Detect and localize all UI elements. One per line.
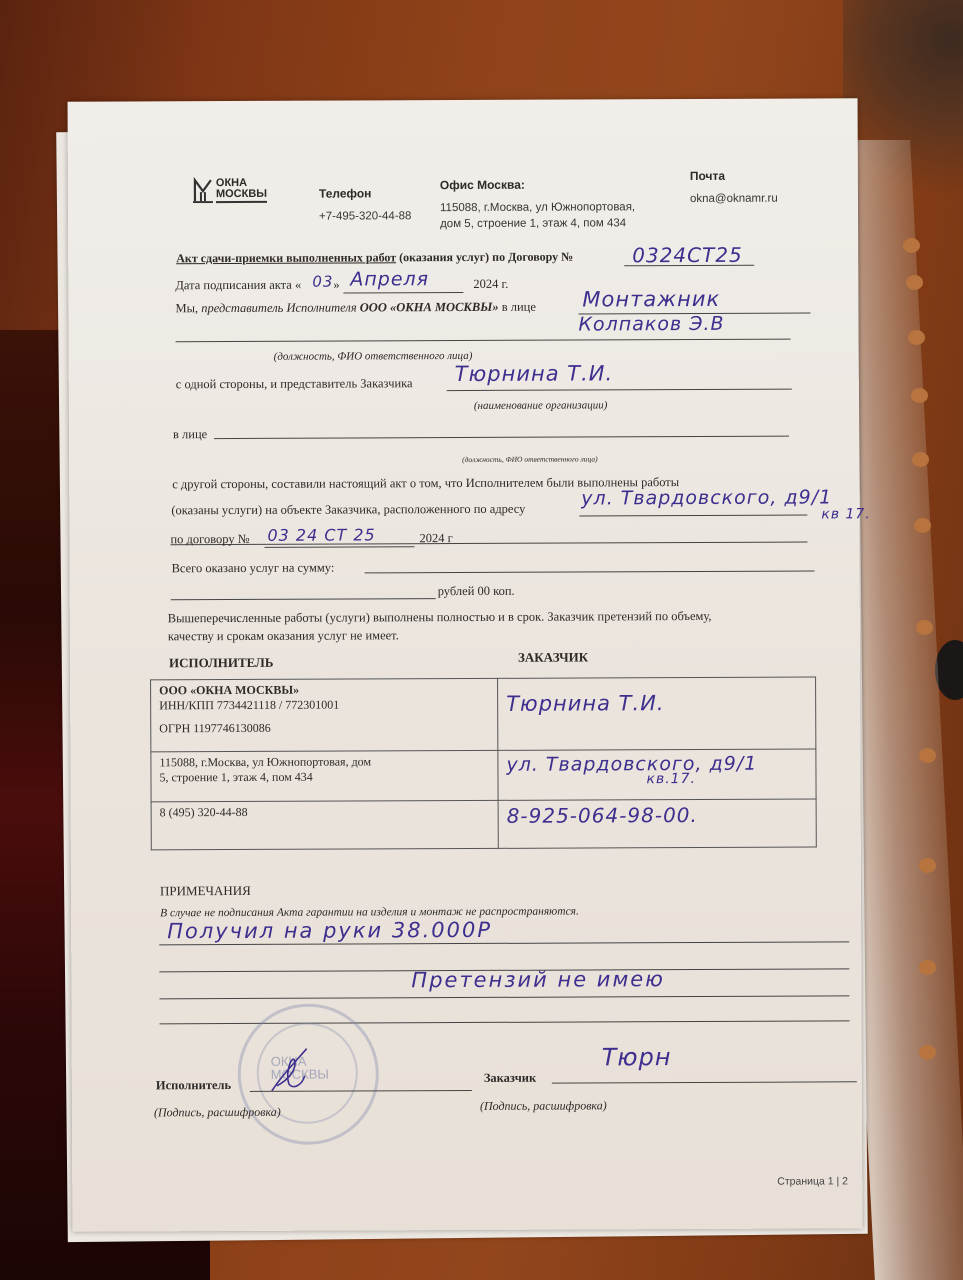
rubles-line (171, 598, 436, 600)
requisites-table: ООО «ОКНА МОСКВЫ» ИНН/КПП 7734421118 / 7… (150, 676, 817, 850)
document-page: ОКНА МОСКВЫ Телефон +7-495-320-44-88 Офи… (68, 98, 863, 1231)
sleeve-hole (912, 452, 929, 467)
executor-ogrn: ОГРН 1197746130086 (159, 720, 489, 736)
contract-ref-line (264, 546, 414, 548)
executor-name-handwritten: Колпаков Э.В (578, 313, 724, 336)
date-close-quote: » (333, 278, 339, 293)
page-number: Страница 1 | 2 (777, 1175, 848, 1187)
rubles-text: рублей 00 коп. (438, 584, 515, 599)
sleeve-hole (906, 275, 923, 290)
total-label: Всего оказано услуг на сумму: (172, 561, 335, 577)
notes-handwritten-2: Претензий не имею (411, 967, 665, 992)
total-line (365, 570, 815, 573)
table-row: ООО «ОКНА МОСКВЫ» ИНН/КПП 7734421118 / 7… (151, 677, 816, 752)
customer-phone-handwritten: 8-925-064-98-00. (507, 803, 808, 828)
date-day-handwritten: 03 (312, 273, 333, 291)
sleeve-hole (919, 1045, 936, 1060)
date-month-handwritten: Апреля (350, 268, 429, 290)
customer-name-cell: Тюрнина Т.И. (498, 677, 816, 750)
date-month-line (343, 292, 463, 294)
executor-inn-kpp: ИНН/КПП 7734421118 / 772301001 (159, 697, 489, 713)
executor-company: ООО «ОКНА МОСКВЫ» (159, 682, 489, 698)
customer-sign-label: Заказчик (484, 1071, 536, 1086)
customer-phone-cell: 8-925-064-98-00. (498, 799, 816, 848)
notes-warning: В случае не подписания Акта гарантии на … (160, 906, 579, 920)
executor-address-2: 5, строение 1, этаж 4, пом 434 (159, 769, 489, 785)
customer-sign-caption: (Подпись, расшифровка) (480, 1098, 607, 1114)
executor-phone-cell: 8 (495) 320-44-88 (151, 800, 498, 850)
office-address-2: дом 5, строение 1, этаж 4, пом 434 (440, 215, 626, 233)
sleeve-hole (914, 518, 931, 533)
customer-address-cell: ул. Твардовского, д9/1 кв.17. (498, 749, 816, 800)
executor-sign-caption: (Подпись, расшифровка) (154, 1105, 281, 1121)
we-suffix: в лице (499, 300, 536, 314)
notes-line-3 (159, 995, 849, 999)
table-row: 115088, г.Москва, ул Южнопортовая, дом 5… (151, 749, 816, 802)
in-person-caption: (должность, ФИО ответственного лица) (462, 454, 598, 464)
executor-line-2 (176, 339, 791, 343)
act-title-main: Акт сдачи-приемки выполненных работ (176, 250, 396, 265)
date-year: 2024 г. (473, 277, 508, 292)
customer-caption: (наименование организации) (474, 399, 608, 412)
phone-value: +7-495-320-44-88 (319, 208, 411, 225)
office-label: Офис Москва: (440, 178, 525, 192)
address-line (579, 515, 807, 517)
phone-label: Телефон (319, 186, 372, 200)
executor-intro: Мы, представитель Исполнителя ООО «ОКНА … (175, 300, 536, 317)
in-person-line (214, 436, 789, 440)
we-italic: представитель Исполнителя (201, 300, 360, 315)
contract-ref-handwritten: 03 24 СТ 25 (267, 525, 375, 544)
address-line-2 (170, 542, 807, 546)
customer-intro: с одной стороны, и представитель Заказчи… (176, 376, 413, 392)
customer-name-cell-handwritten: Тюрнина Т.И. (506, 691, 807, 716)
logo-line-2: МОСКВЫ (216, 188, 267, 199)
mail-label: Почта (690, 169, 725, 183)
sleeve-hole (908, 330, 925, 345)
table-row: 8 (495) 320-44-88 8-925-064-98-00. (151, 799, 816, 850)
sleeve-hole (903, 238, 920, 253)
logo-mark-icon (193, 177, 213, 203)
company-logo: ОКНА МОСКВЫ (193, 177, 267, 203)
executor-caption: (должность, ФИО ответственного лица) (274, 350, 473, 363)
executor-heading: ИСПОЛНИТЕЛЬ (169, 655, 274, 671)
customer-sign-line (552, 1081, 857, 1083)
executor-position-handwritten: Монтажник (582, 287, 720, 312)
act-title-rest: (оказания услуг) по Договору № (399, 250, 573, 265)
sleeve-hole (911, 388, 928, 403)
date-label: Дата подписания акта « (175, 278, 301, 294)
notes-handwritten-1: Получил на руки 38.000Р (167, 918, 492, 943)
sleeve-hole (916, 620, 933, 635)
address-apt-handwritten: кв 17. (821, 506, 870, 522)
executor-signature-icon (267, 1046, 317, 1101)
customer-heading: ЗАКАЗЧИК (518, 649, 588, 665)
act-title: Акт сдачи-приемки выполненных работ (ока… (176, 250, 573, 267)
contract-ref-label: по договору № (170, 532, 249, 547)
notes-heading: ПРИМЕЧАНИЯ (160, 883, 251, 899)
date-label-text: Дата подписания акта « (175, 278, 301, 293)
executor-company-cell: ООО «ОКНА МОСКВЫ» ИНН/КПП 7734421118 / 7… (151, 678, 498, 752)
we-company: ООО «ОКНА МОСКВЫ» (360, 300, 499, 315)
sleeve-hole (919, 858, 936, 873)
mail-value: okna@oknamr.ru (690, 191, 778, 208)
executor-phone: 8 (495) 320-44-88 (160, 804, 490, 820)
customer-name-handwritten: Тюрнина Т.И. (455, 361, 613, 386)
background-dark-object (935, 640, 963, 700)
address-handwritten: ул. Твардовского, д9/1 (581, 486, 832, 509)
executor-address-cell: 115088, г.Москва, ул Южнопортовая, дом 5… (151, 750, 498, 802)
sleeve-hole (919, 748, 936, 763)
in-person-label: в лице (173, 427, 207, 442)
customer-signature-handwritten: Тюрн (602, 1043, 672, 1071)
contract-no-handwritten: 0324СТ25 (632, 243, 743, 267)
sleeve-hole (919, 960, 936, 975)
executor-address-1: 115088, г.Москва, ул Южнопортовая, дом (159, 754, 489, 770)
statement-line-1: Вышеперечисленные работы (услуги) выполн… (168, 609, 712, 626)
statement-line-2: качеству и срокам оказания услуг не имее… (168, 628, 399, 644)
we-prefix: Мы, (175, 301, 201, 315)
address-intro: (оказаны услуги) на объекте Заказчика, р… (171, 502, 525, 519)
executor-sign-label: Исполнитель (156, 1078, 231, 1093)
contract-ref-year: 2024 г (419, 531, 452, 546)
customer-line (447, 389, 792, 392)
